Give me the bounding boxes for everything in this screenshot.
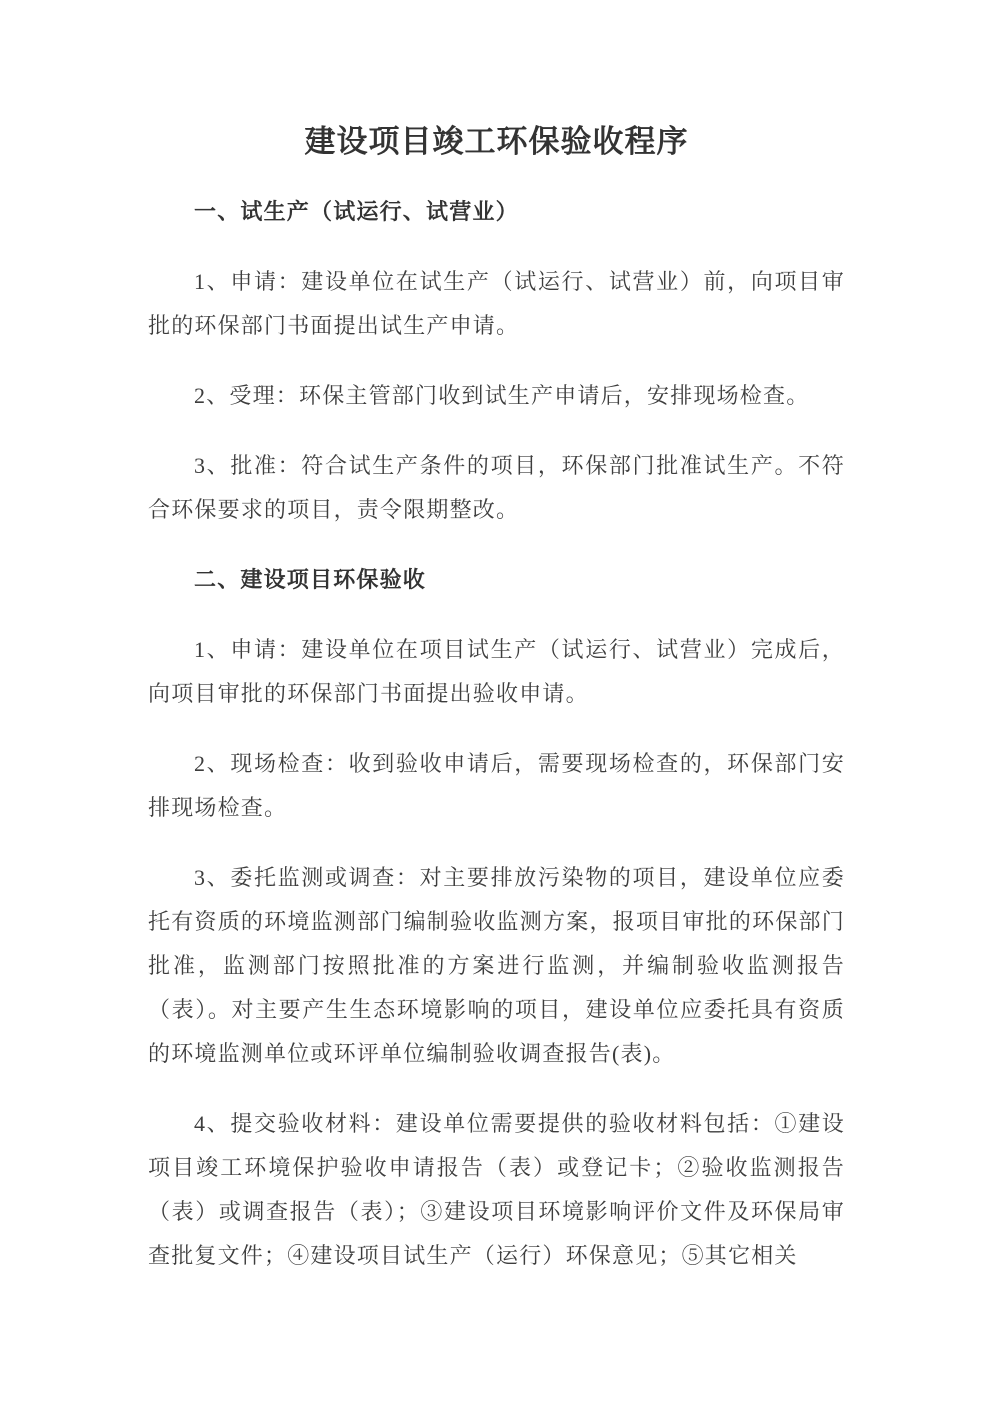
body-paragraph: 3、委托监测或调查：对主要排放污染物的项目，建设单位应委托有资质的环境监测部门编… [148,856,845,1076]
body-paragraph: 1、申请：建设单位在试生产（试运行、试营业）前，向项目审批的环保部门书面提出试生… [148,260,845,348]
section-heading: 二、建设项目环保验收 [148,558,845,602]
document-body: 一、试生产（试运行、试营业）1、申请：建设单位在试生产（试运行、试营业）前，向项… [148,190,845,1278]
document-title: 建设项目竣工环保验收程序 [148,119,845,164]
body-paragraph: 2、现场检查：收到验收申请后，需要现场检查的，环保部门安排现场检查。 [148,742,845,830]
body-paragraph: 4、提交验收材料：建设单位需要提供的验收材料包括：①建设项目竣工环境保护验收申请… [148,1102,845,1278]
section-heading: 一、试生产（试运行、试营业） [148,190,845,234]
body-paragraph: 3、批准：符合试生产条件的项目，环保部门批准试生产。不符合环保要求的项目，责令限… [148,444,845,532]
body-paragraph: 2、受理：环保主管部门收到试生产申请后，安排现场检查。 [148,374,845,418]
document-page: 建设项目竣工环保验收程序 一、试生产（试运行、试营业）1、申请：建设单位在试生产… [0,0,993,1404]
body-paragraph: 1、申请：建设单位在项目试生产（试运行、试营业）完成后，向项目审批的环保部门书面… [148,628,845,716]
